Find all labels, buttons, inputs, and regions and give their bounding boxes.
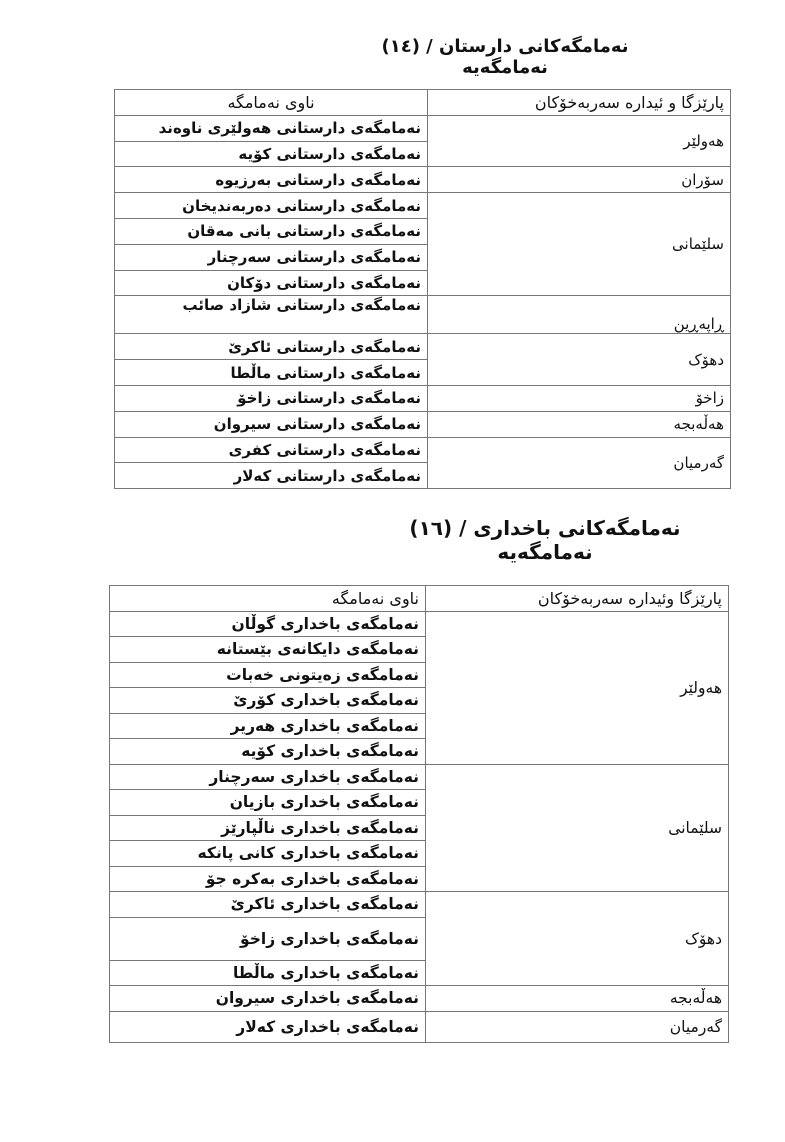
nursery-cell: نەمامگەی باخداری ماڵطا: [110, 960, 426, 986]
nursery-cell: نەمامگەی دارستانی ماڵطا: [115, 360, 428, 386]
governorate-cell: سلێمانی: [426, 764, 729, 892]
governorate-cell: ڕاپەڕین: [428, 296, 731, 334]
nursery-cell: نەمامگەی باخداری کۆرێ: [110, 688, 426, 714]
nursery-cell: نەمامگەی دایکانەی بێستانە: [110, 637, 426, 663]
table-header-row: پارێزگا وئیدارە سەربەخۆکان ناوی نەمامگە: [110, 586, 729, 612]
table-row: هەولێر نەمامگەی باخداری گوڵان: [110, 611, 729, 637]
table-row: دهۆک نەمامگەی باخداری ئاکرێ: [110, 892, 729, 918]
nursery-cell: نەمامگەی باخداری ئاکرێ: [110, 892, 426, 918]
governorate-cell: گەرمیان: [428, 437, 731, 489]
nursery-cell: نەمامگەی باخداری بەکرە جۆ: [110, 866, 426, 892]
governorate-cell: هەڵەبجە: [426, 986, 729, 1012]
nursery-cell: نەمامگەی باخداری هەریر: [110, 713, 426, 739]
forest-nurseries-title: نەمامگەکانی دارستان / (١٤) نەمامگەیە: [340, 36, 670, 78]
nursery-cell: نەمامگەی باخداری ناڵپارێز: [110, 815, 426, 841]
nursery-cell: نەمامگەی دارستانی کفری: [115, 437, 428, 463]
table-row: گەرمیان نەمامگەی دارستانی کفری: [115, 437, 731, 463]
governorate-cell: سلێمانی: [428, 193, 731, 296]
governorate-cell: زاخۆ: [428, 385, 731, 411]
orchard-nurseries-table: پارێزگا وئیدارە سەربەخۆکان ناوی نەمامگە …: [109, 585, 729, 1043]
governorate-cell: هەولێر: [428, 115, 731, 167]
nursery-cell: نەمامگەی باخداری زاخۆ: [110, 917, 426, 960]
nursery-cell: نەمامگەی باخداری سیروان: [110, 986, 426, 1012]
table-row: گەرمیان نەمامگەی باخداری کەلار: [110, 1011, 729, 1042]
header-nursery-name: ناوی نەمامگە: [110, 586, 426, 612]
table-row: دهۆک نەمامگەی دارستانی ئاکرێ: [115, 334, 731, 360]
table-row: ڕاپەڕین نەمامگەی دارستانی شازاد صائب: [115, 296, 731, 334]
nursery-cell: نەمامگەی باخداری کەلار: [110, 1011, 426, 1042]
table-row: هەولێر نەمامگەی دارستانی هەولێری ناوەند: [115, 115, 731, 141]
nursery-cell: نەمامگەی دارستانی کۆیە: [115, 141, 428, 167]
nursery-cell: نەمامگەی دارستانی شازاد صائب: [115, 296, 428, 334]
governorate-cell: هەولێر: [426, 611, 729, 764]
nursery-cell: نەمامگەی دارستانی بانی مەقان: [115, 218, 428, 244]
header-governorate: پارێزگا و ئیدارە سەربەخۆکان: [428, 90, 731, 116]
table-row: سلێمانی نەمامگەی دارستانی دەربەندیخان: [115, 193, 731, 219]
table-row: هەڵەبجە نەمامگەی دارستانی سیروان: [115, 411, 731, 437]
nursery-cell: نەمامگەی دارستانی بەرزیوە: [115, 167, 428, 193]
nursery-cell: نەمامگەی دارستانی دەربەندیخان: [115, 193, 428, 219]
nursery-cell: نەمامگەی باخداری گوڵان: [110, 611, 426, 637]
nursery-cell: نەمامگەی زەیتونی خەبات: [110, 662, 426, 688]
governorate-cell: هەڵەبجە: [428, 411, 731, 437]
nursery-cell: نەمامگەی دارستانی سیروان: [115, 411, 428, 437]
nursery-cell: نەمامگەی دارستانی دۆکان: [115, 270, 428, 296]
forest-nurseries-table: پارێزگا و ئیدارە سەربەخۆکان ناوی نەمامگە…: [114, 89, 731, 489]
nursery-cell: نەمامگەی باخداری بازیان: [110, 790, 426, 816]
nursery-cell: نەمامگەی دارستانی کەلار: [115, 463, 428, 489]
nursery-cell: نەمامگەی باخداری کانی پانکە: [110, 841, 426, 867]
nursery-cell: نەمامگەی دارستانی ئاکرێ: [115, 334, 428, 360]
table-row: زاخۆ نەمامگەی دارستانی زاخۆ: [115, 385, 731, 411]
governorate-cell: سۆران: [428, 167, 731, 193]
table-row: هەڵەبجە نەمامگەی باخداری سیروان: [110, 986, 729, 1012]
nursery-cell: نەمامگەی دارستانی هەولێری ناوەند: [115, 115, 428, 141]
table-row: سلێمانی نەمامگەی باخداری سەرچنار: [110, 764, 729, 790]
nursery-cell: نەمامگەی دارستانی سەرچنار: [115, 244, 428, 270]
governorate-cell: دهۆک: [428, 334, 731, 386]
governorate-cell: دهۆک: [426, 892, 729, 986]
table-row: سۆران نەمامگەی دارستانی بەرزیوە: [115, 167, 731, 193]
table-header-row: پارێزگا و ئیدارە سەربەخۆکان ناوی نەمامگە: [115, 90, 731, 116]
header-governorate: پارێزگا وئیدارە سەربەخۆکان: [426, 586, 729, 612]
governorate-cell: گەرمیان: [426, 1011, 729, 1042]
nursery-cell: نەمامگەی باخداری کۆیە: [110, 739, 426, 765]
nursery-cell: نەمامگەی باخداری سەرچنار: [110, 764, 426, 790]
orchard-nurseries-title: نەمامگەکانی باخداری / (١٦) نەمامگەیە: [360, 516, 730, 564]
nursery-cell: نەمامگەی دارستانی زاخۆ: [115, 385, 428, 411]
header-nursery-name: ناوی نەمامگە: [115, 90, 428, 116]
